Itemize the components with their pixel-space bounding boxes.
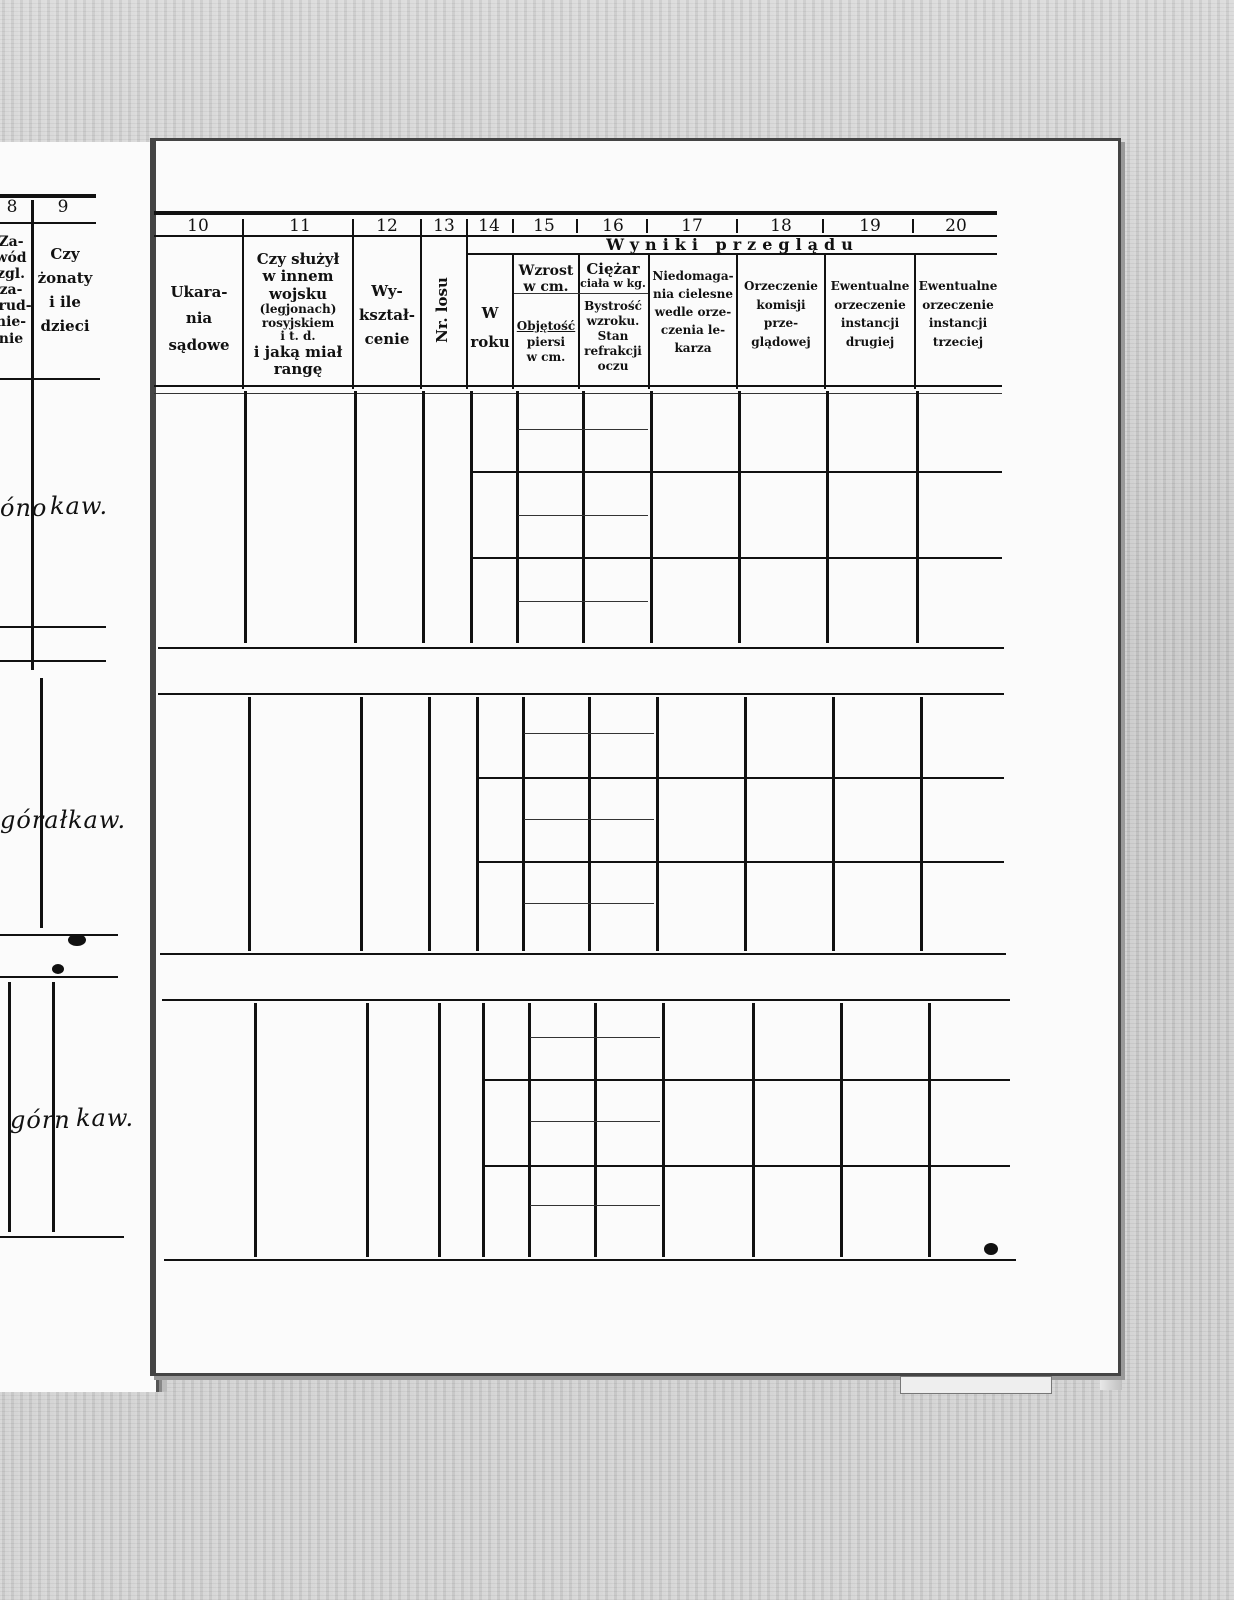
handwritten-entry: óno	[0, 494, 47, 522]
col10-header: Ukara- nia sądowe	[156, 279, 242, 358]
sub-rule	[530, 1205, 660, 1206]
ink-blot	[984, 1243, 998, 1255]
column-divider	[522, 697, 525, 951]
row-rule	[472, 557, 1002, 559]
column-number-12: 12	[354, 217, 420, 237]
rule	[0, 1236, 124, 1238]
row-rule	[478, 861, 1004, 863]
column-number-20: 20	[914, 217, 998, 237]
column-divider	[920, 697, 923, 951]
column-number-17: 17	[648, 217, 736, 237]
column-divider	[360, 697, 363, 951]
sub-rule	[524, 903, 654, 904]
row-rule	[484, 1079, 1010, 1081]
rule	[0, 934, 118, 936]
column-divider	[438, 1003, 441, 1257]
col9-header: Czy żonaty i ile dzieci	[34, 242, 96, 338]
block-bottom-rule	[164, 1259, 1016, 1261]
column-number-8: 8	[0, 198, 24, 218]
column-divider	[738, 391, 741, 643]
handwritten-entry: kaw.	[68, 806, 126, 834]
col15-header-bottom: Objętość piersi w cm.	[514, 319, 578, 366]
main-page: 10 11 12 13 14 15 16 17 18 19 20 Wyniki …	[150, 138, 1121, 1376]
rule	[0, 660, 106, 662]
column-divider	[832, 697, 835, 951]
col20-header: Ewentualne orzeczenie instancji trzeciej	[916, 277, 1000, 351]
row-rule	[484, 1165, 1010, 1167]
column-divider	[662, 1003, 665, 1257]
sub-rule	[524, 733, 654, 734]
sub-rule	[518, 429, 648, 430]
column-divider	[912, 219, 914, 233]
header-bottom-rule	[154, 385, 1002, 387]
block-bottom-rule	[160, 953, 1006, 955]
column-number-14: 14	[468, 217, 510, 237]
column-divider	[752, 1003, 755, 1257]
column-divider	[826, 391, 829, 643]
col17-header: Niedomaga- nia cielesne wedle orze- czen…	[650, 267, 736, 357]
col13-header-nr-losu: Nr. losu	[433, 274, 451, 346]
column-divider	[736, 219, 738, 233]
column-number-9: 9	[36, 198, 90, 218]
paper-strip	[900, 1376, 1052, 1394]
column-number-11: 11	[246, 217, 354, 237]
column-divider	[594, 1003, 597, 1257]
column-divider	[822, 219, 824, 233]
rule	[0, 222, 96, 224]
column-number-15: 15	[510, 217, 578, 237]
col11-header: Czy służył w innem wojsku (legjonach) ro…	[244, 251, 352, 379]
column-divider	[576, 219, 578, 233]
column-divider	[650, 391, 653, 643]
col15-header-top: Wzrost w cm.	[514, 263, 578, 295]
column-divider	[248, 697, 251, 951]
handwritten-entry: kaw.	[50, 492, 108, 520]
column-number-13: 13	[420, 217, 468, 237]
sub-rule	[524, 819, 654, 820]
column-divider	[40, 678, 43, 928]
column-divider	[244, 391, 247, 643]
rule	[0, 976, 118, 978]
column-divider	[482, 1003, 485, 1257]
column-number-18: 18	[736, 217, 826, 237]
block-bottom-rule	[158, 647, 1004, 649]
sub-rule	[518, 601, 648, 602]
col14-header: W roku	[468, 299, 512, 356]
ink-blot	[52, 964, 64, 974]
column-divider	[588, 697, 591, 951]
column-divider	[840, 1003, 843, 1257]
column-number-10: 10	[158, 217, 238, 237]
column-divider	[916, 391, 919, 643]
column-divider	[254, 1003, 257, 1257]
col16-header-bottom: Bystrość wzroku. Stan refrakcji oczu	[578, 299, 648, 374]
col18-header: Orzeczenie komisji prze- glądowej	[738, 277, 824, 351]
sub-rule	[530, 1037, 660, 1038]
handwritten-entry: kaw.	[76, 1104, 134, 1132]
column-divider	[366, 1003, 369, 1257]
top-rule	[154, 211, 997, 215]
col8-header: Za- wód zgl. za- trud- nie- nie	[0, 234, 30, 347]
col16-header-top: Ciężar ciała w kg.	[578, 261, 648, 291]
column-divider	[428, 697, 431, 951]
sub-rule	[518, 515, 648, 516]
row-rule	[478, 777, 1004, 779]
column-divider	[656, 697, 659, 951]
handwritten-entry: górał	[0, 806, 68, 834]
column-divider	[528, 1003, 531, 1257]
column-divider	[476, 697, 479, 951]
sub-rule	[530, 1121, 660, 1122]
block-top-rule	[162, 999, 1010, 1001]
column-divider	[470, 391, 473, 643]
rule	[0, 378, 100, 380]
column-divider	[422, 391, 425, 643]
column-divider	[512, 219, 514, 233]
block-top-rule	[158, 693, 1004, 695]
column-number-19: 19	[826, 217, 914, 237]
rule	[154, 393, 1002, 394]
col12-header: Wy- kształ- cenie	[354, 279, 420, 351]
column-divider	[354, 391, 357, 643]
handwritten-entry: górn	[10, 1106, 71, 1134]
column-divider	[744, 697, 747, 951]
column-number-16: 16	[578, 217, 648, 237]
column-divider	[420, 219, 422, 389]
column-divider	[646, 219, 648, 233]
rule	[0, 626, 106, 628]
row-rule	[472, 471, 1002, 473]
ink-blot	[68, 934, 86, 946]
column-divider	[928, 1003, 931, 1257]
group-header-wyniki-przegladu: Wyniki przeglądu	[468, 236, 997, 254]
left-page: 8 9 Za- wód zgl. za- trud- nie- nie Czy …	[0, 142, 159, 1392]
col19-header: Ewentualne orzeczenie instancji drugiej	[826, 277, 914, 351]
